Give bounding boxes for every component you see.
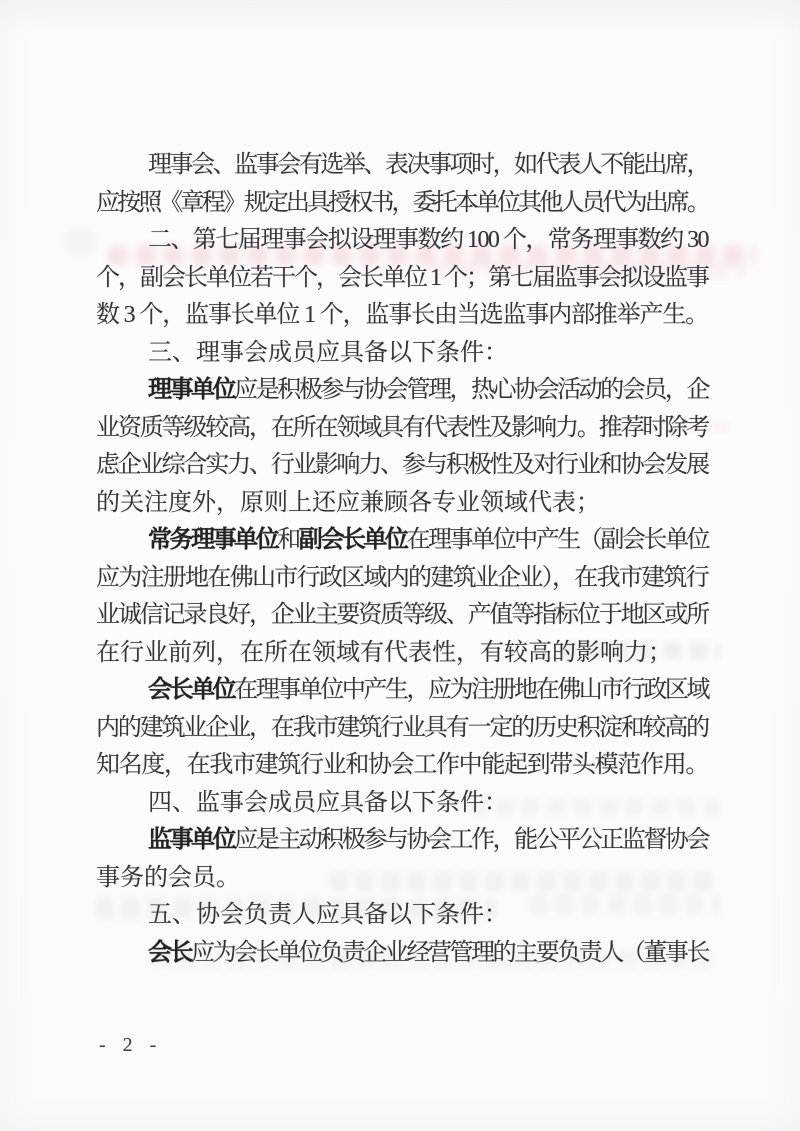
body-text: 业诚信记录良好，企业主要资质等级、产值等指标位于地区或所 bbox=[96, 602, 708, 628]
emphasis-text: 监事单位 bbox=[148, 827, 234, 853]
body-text: 业资质等级较高，在所在领域具有代表性及影响力。推荐时除考 bbox=[96, 415, 708, 441]
text-line: 应按照《章程》规定出具授权书，委托本单位其他人员代为出席。 bbox=[96, 185, 708, 223]
text-line: 监事单位应是主动积极参与协会工作，能公平公正监督协会 bbox=[96, 822, 708, 860]
emphasis-text: 会长 bbox=[148, 940, 191, 966]
body-text: 二、第七届理事会拟设理事数约 100 个，常务理事数约 30 bbox=[148, 227, 708, 253]
text-line: 知名度，在我市建筑行业和协会工作中能起到带头模范作用。 bbox=[96, 747, 708, 785]
body-text: 五、协会负责人应具备以下条件： bbox=[148, 902, 508, 928]
body-text: 在行业前列，在所在领域有代表性，有较高的影响力； bbox=[96, 640, 672, 666]
text-line: 会长应为会长单位负责企业经营管理的主要负责人（董事长 bbox=[96, 935, 708, 973]
body-text: 数 3 个，监事长单位 1 个，监事长由当选监事内部推举产生。 bbox=[96, 302, 708, 328]
body-text: 在理事单位中产生，应为注册地在佛山市行政区域 bbox=[234, 677, 708, 703]
text-line: 五、协会负责人应具备以下条件： bbox=[96, 897, 708, 935]
page-number: - 2 - bbox=[99, 1034, 162, 1057]
body-text: 应为注册地在佛山市行政区域内的建筑业企业），在我市建筑行 bbox=[96, 565, 708, 591]
body-text: 个，副会长单位若干个，会长单位 1 个；第七届监事会拟设监事 bbox=[96, 265, 708, 291]
text-line: 二、第七届理事会拟设理事数约 100 个，常务理事数约 30 bbox=[96, 222, 708, 260]
document-body: 理事会、监事会有选举、表决事项时，如代表人不能出席，应按照《章程》规定出具授权书… bbox=[96, 147, 708, 972]
body-text: 应是积极参与协会管理，热心协会活动的会员，企 bbox=[234, 377, 708, 403]
emphasis-text: 理事单位 bbox=[148, 377, 234, 403]
text-line: 应为注册地在佛山市行政区域内的建筑业企业），在我市建筑行 bbox=[96, 560, 708, 598]
text-line: 会长单位在理事单位中产生，应为注册地在佛山市行政区域 bbox=[96, 672, 708, 710]
text-line: 业诚信记录良好，企业主要资质等级、产值等指标位于地区或所 bbox=[96, 597, 708, 635]
body-text: 应是主动积极参与协会工作，能公平公正监督协会 bbox=[234, 827, 708, 853]
emphasis-text: 常务理事单位 bbox=[148, 527, 277, 553]
body-text: 虑企业综合实力、行业影响力、参与积极性及对行业和协会发展 bbox=[96, 452, 708, 478]
body-text: 内的建筑业企业，在我市建筑行业具有一定的历史积淀和较高的 bbox=[96, 715, 708, 741]
text-line: 四、监事会成员应具备以下条件： bbox=[96, 785, 708, 823]
text-line: 数 3 个，监事长单位 1 个，监事长由当选监事内部推举产生。 bbox=[96, 297, 708, 335]
body-text: 应为会长单位负责企业经营管理的主要负责人（董事长 bbox=[191, 940, 708, 966]
body-text: 四、监事会成员应具备以下条件： bbox=[148, 790, 508, 816]
body-text: 理事会、监事会有选举、表决事项时，如代表人不能出席， bbox=[148, 152, 708, 178]
text-line: 业资质等级较高，在所在领域具有代表性及影响力。推荐时除考 bbox=[96, 410, 708, 448]
scan-smudge bbox=[66, 228, 94, 254]
body-text: 事务的会员。 bbox=[96, 865, 240, 891]
body-text: 的关注度外，原则上还应兼顾各专业领域代表； bbox=[96, 490, 600, 516]
text-line: 理事单位应是积极参与协会管理，热心协会活动的会员，企 bbox=[96, 372, 708, 410]
text-line: 三、理事会成员应具备以下条件： bbox=[96, 335, 708, 373]
text-line: 虑企业综合实力、行业影响力、参与积极性及对行业和协会发展 bbox=[96, 447, 708, 485]
body-text: 和 bbox=[277, 527, 299, 553]
text-line: 个，副会长单位若干个，会长单位 1 个；第七届监事会拟设监事 bbox=[96, 260, 708, 298]
text-line: 内的建筑业企业，在我市建筑行业具有一定的历史积淀和较高的 bbox=[96, 710, 708, 748]
text-line: 理事会、监事会有选举、表决事项时，如代表人不能出席， bbox=[96, 147, 708, 185]
body-text: 应按照《章程》规定出具授权书，委托本单位其他人员代为出席。 bbox=[96, 190, 708, 216]
body-text: 知名度，在我市建筑行业和协会工作中能起到带头模范作用。 bbox=[96, 752, 708, 778]
text-line: 在行业前列，在所在领域有代表性，有较高的影响力； bbox=[96, 635, 708, 673]
text-line: 常务理事单位和副会长单位在理事单位中产生（副会长单位 bbox=[96, 522, 708, 560]
emphasis-text: 会长单位 bbox=[148, 677, 234, 703]
emphasis-text: 副会长单位 bbox=[299, 527, 407, 553]
text-line: 的关注度外，原则上还应兼顾各专业领域代表； bbox=[96, 485, 708, 523]
text-line: 事务的会员。 bbox=[96, 860, 708, 898]
body-text: 三、理事会成员应具备以下条件： bbox=[148, 340, 508, 366]
scanned-document-page: 理事会、监事会有选举、表决事项时，如代表人不能出席，应按照《章程》规定出具授权书… bbox=[0, 0, 800, 1131]
body-text: 在理事单位中产生（副会长单位 bbox=[406, 527, 708, 553]
